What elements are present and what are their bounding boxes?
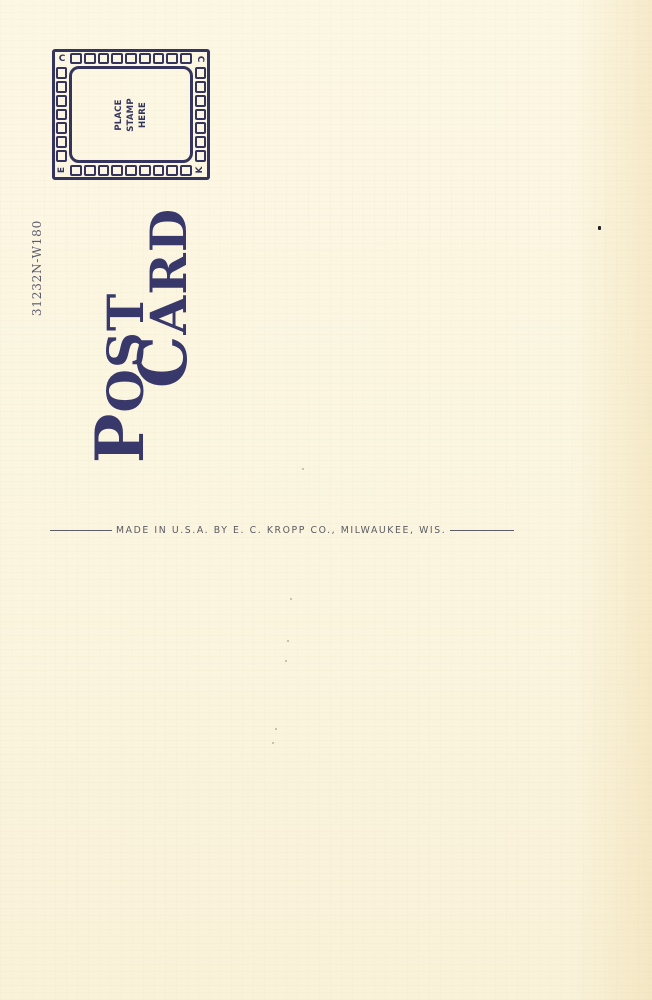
stamp-perforation [84,53,96,64]
title-card-rest: ARD [139,208,198,335]
title-card: CARD [124,208,202,388]
stamp-perforation [195,136,206,148]
stamp-instructions: PLACE STAMP HERE [113,98,149,132]
stamp-line-2: STAMP [125,98,137,132]
stamp-perforation [180,165,192,176]
stamp-perforation [139,53,151,64]
maker-divider: MADE IN U.S.A. BY E. C. KROPP CO., MILWA… [50,522,598,538]
paper-speck [287,640,289,642]
stamp-corner-letter-bottom-right: K [194,164,206,176]
stamp-perforation [56,95,67,107]
ink-speck [598,226,601,230]
divider-line-right [450,530,514,531]
stamp-perforation [195,95,206,107]
stamp-perforation [98,53,110,64]
stamp-perforation [111,53,123,64]
paper-speck [272,742,274,744]
stamp-line-1: PLACE [113,98,125,132]
stamp-perforation [70,53,82,64]
stamp-perforation [166,165,178,176]
stamp-perforation [166,53,178,64]
stamp-perforation [56,136,67,148]
stamp-perforation [98,165,110,176]
stamp-line-3: HERE [137,98,149,132]
stamp-perforation [195,81,206,93]
divider-line-left [50,530,112,531]
stamp-perforation [195,109,206,121]
catalog-number: 31232N-W180 [30,220,44,316]
stamp-box: C C E K PLACE STAMP HERE [52,49,210,180]
stamp-corner-letter-top-left: C [56,53,68,65]
title-post-initial: P [81,413,159,464]
stamp-perforation [153,165,165,176]
stamp-perforation [56,109,67,121]
maker-imprint: MADE IN U.S.A. BY E. C. KROPP CO., MILWA… [112,525,450,536]
stamp-perforation [70,165,82,176]
stamp-perforation [56,67,67,79]
stamp-perforation [84,165,96,176]
paper-speck [285,660,287,662]
stamp-perforation [56,81,67,93]
paper-speck [275,728,277,730]
stamp-perforation [195,122,206,134]
stamp-perforation [56,150,67,162]
stamp-corner-letter-bottom-left: E [56,164,68,176]
title-card-initial: C [124,335,202,389]
stamp-perforation [111,165,123,176]
postcard-back: C C E K PLACE STAMP HERE 31232N-W180 POS… [0,0,652,1000]
stamp-perforation [195,67,206,79]
stamp-perforation [180,53,192,64]
stamp-perforation [125,53,137,64]
stamp-perforation [139,165,151,176]
stamp-perforation [125,165,137,176]
stamp-perforation [195,150,206,162]
stamp-perforation [153,53,165,64]
paper-speck [290,598,292,600]
paper-speck [302,468,304,470]
stamp-corner-letter-top-right: C [194,53,206,65]
stamp-perforation [56,122,67,134]
